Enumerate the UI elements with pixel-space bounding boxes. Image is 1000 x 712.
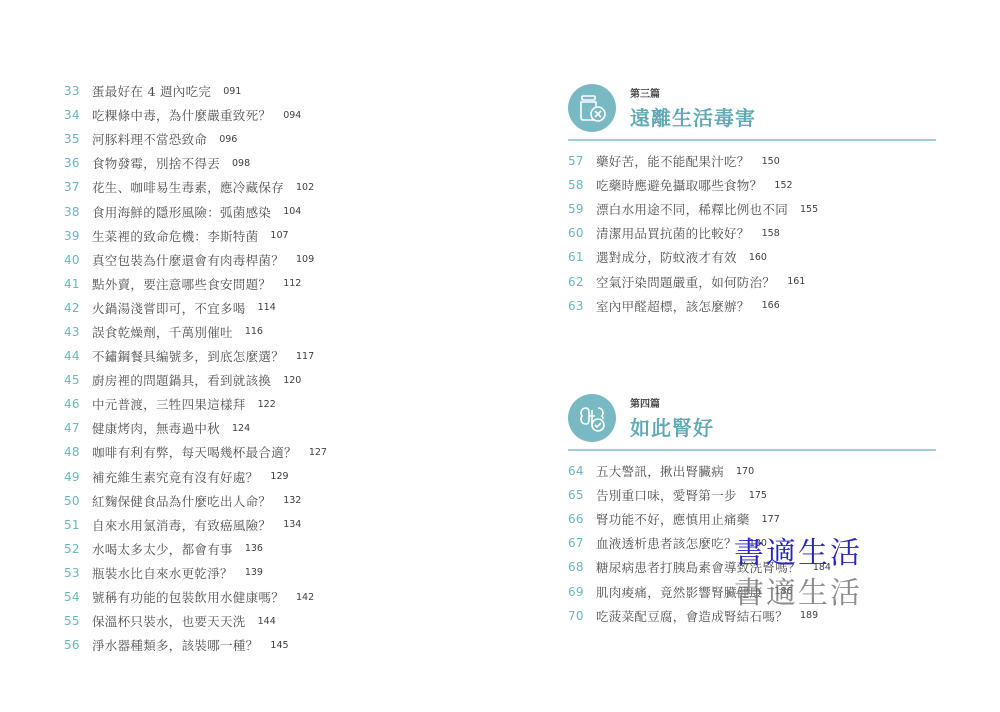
entry-number: 46 — [64, 397, 88, 411]
toc-entry: 50紅麴保健食品為什麼吃出人命？132 — [64, 489, 464, 513]
entry-number: 49 — [64, 470, 88, 484]
entry-page: 142 — [296, 592, 314, 603]
entry-number: 64 — [568, 464, 592, 478]
entry-title: 中元普渡，三牲四果這樣拜 — [92, 395, 246, 413]
entry-title: 保溫杯只裝水，也要天天洗 — [92, 612, 246, 630]
entry-title: 血液透析患者該怎麼吃？ — [596, 534, 737, 552]
entry-title: 誤食乾燥劑，千萬別催吐 — [92, 323, 233, 341]
entry-number: 34 — [64, 108, 88, 122]
entry-title: 清潔用品買抗菌的比較好？ — [596, 224, 750, 242]
toc-entry: 40真空包裝為什麼還會有肉毒桿菌？109 — [64, 248, 464, 272]
entry-number: 55 — [64, 614, 88, 628]
entry-title: 生菜裡的致命危機：李斯特菌 — [92, 227, 258, 245]
entry-page: 104 — [283, 206, 301, 217]
entry-number: 50 — [64, 494, 88, 508]
entry-page: 144 — [258, 616, 276, 627]
entry-number: 58 — [568, 178, 592, 192]
entry-title: 廚房裡的問題鍋具，看到就該換 — [92, 371, 271, 389]
entry-page: 107 — [270, 230, 288, 241]
toc-part-4: 第四篇 如此腎好 64五大警訊，揪出腎臟病17065告別重口味，愛腎第一步175… — [568, 390, 938, 628]
entry-page: 114 — [258, 302, 276, 313]
toc-entry: 66腎功能不好，應慎用止痛藥177 — [568, 507, 938, 531]
entry-page: 112 — [283, 278, 301, 289]
entry-title: 真空包裝為什麼還會有肉毒桿菌？ — [92, 251, 284, 269]
entry-title: 吃菠菜配豆腐，會造成腎結石嗎？ — [596, 607, 788, 625]
toc-list: 64五大警訊，揪出腎臟病17065告別重口味，愛腎第一步17566腎功能不好，應… — [568, 459, 938, 628]
entry-number: 57 — [568, 154, 592, 168]
entry-number: 67 — [568, 536, 592, 550]
entry-page: 175 — [749, 490, 767, 501]
toc-entry: 60清潔用品買抗菌的比較好？158 — [568, 221, 938, 245]
entry-title: 號稱有功能的包裝飲用水健康嗎？ — [92, 588, 284, 606]
entry-number: 35 — [64, 132, 88, 146]
entry-page: 186 — [774, 586, 792, 597]
toc-entry: 58吃藥時應避免攝取哪些食物？152 — [568, 173, 938, 197]
entry-number: 51 — [64, 518, 88, 532]
entry-page: 120 — [283, 375, 301, 386]
entry-page: 180 — [749, 538, 767, 549]
entry-title: 火鍋湯淺嘗即可，不宜多喝 — [92, 299, 246, 317]
entry-page: 109 — [296, 254, 314, 265]
entry-number: 56 — [64, 638, 88, 652]
entry-title: 水喝太多太少，都會有事 — [92, 540, 233, 558]
kidney-check-icon — [568, 394, 616, 442]
entry-page: 166 — [762, 300, 780, 311]
entry-title: 食用海鮮的隱形風險：弧菌感染 — [92, 203, 271, 221]
entry-title: 室內甲醛超標，該怎麼辦？ — [596, 297, 750, 315]
entry-page: 158 — [762, 228, 780, 239]
entry-page: 129 — [270, 471, 288, 482]
toc-entry: 56淨水器種類多，該裝哪一種？145 — [64, 633, 464, 657]
entry-page: 145 — [270, 640, 288, 651]
toc-entry: 42火鍋湯淺嘗即可，不宜多喝114 — [64, 296, 464, 320]
entry-page: 122 — [258, 399, 276, 410]
toc-list: 57藥好苦，能不能配果汁吃？15058吃藥時應避免攝取哪些食物？15259漂白水… — [568, 149, 938, 318]
entry-page: 177 — [762, 514, 780, 525]
entry-title: 不鏽鋼餐具編號多，到底怎麼選？ — [92, 347, 284, 365]
toc-entry: 68糖尿病患者打胰島素會導致洗腎嗎？184 — [568, 555, 938, 579]
toc-entry: 53瓶裝水比自來水更乾淨？139 — [64, 561, 464, 585]
entry-title: 河豚料理不當恐致命 — [92, 130, 207, 148]
entry-number: 59 — [568, 202, 592, 216]
toc-entry: 65告別重口味，愛腎第一步175 — [568, 483, 938, 507]
entry-title: 選對成分，防蚊液才有效 — [596, 248, 737, 266]
entry-title: 自來水用氯消毒，有致癌風險？ — [92, 516, 271, 534]
toc-entry: 43誤食乾燥劑，千萬別催吐116 — [64, 320, 464, 344]
toc-entry: 61選對成分，防蚊液才有效160 — [568, 245, 938, 269]
toc-entry: 35河豚料理不當恐致命096 — [64, 127, 464, 151]
toc-part-3: 第三篇 遠離生活毒害 57藥好苦，能不能配果汁吃？15058吃藥時應避免攝取哪些… — [568, 80, 938, 318]
entry-title: 蛋最好在 4 週內吃完 — [92, 82, 211, 100]
toc-entry: 39生菜裡的致命危機：李斯特菌107 — [64, 224, 464, 248]
toc-entry: 57藥好苦，能不能配果汁吃？150 — [568, 149, 938, 173]
entry-page: 091 — [223, 86, 241, 97]
entry-number: 60 — [568, 226, 592, 240]
toc-entry: 33蛋最好在 4 週內吃完091 — [64, 79, 464, 103]
toc-entry: 41點外賣，要注意哪些食安問題？112 — [64, 272, 464, 296]
entry-title: 吃粿條中毒，為什麼嚴重致死？ — [92, 106, 271, 124]
toc-entry: 62空氣汙染問題嚴重，如何防治？161 — [568, 269, 938, 293]
toc-entry: 55保溫杯只裝水，也要天天洗144 — [64, 609, 464, 633]
entry-number: 53 — [64, 566, 88, 580]
entry-page: 152 — [774, 180, 792, 191]
entry-number: 68 — [568, 560, 592, 574]
entry-page: 132 — [283, 495, 301, 506]
entry-page: 136 — [245, 543, 263, 554]
entry-page: 150 — [762, 156, 780, 167]
toc-entry: 52水喝太多太少，都會有事136 — [64, 537, 464, 561]
entry-page: 116 — [245, 326, 263, 337]
toc-entry: 37花生、咖啡易生毒素，應冷藏保存102 — [64, 175, 464, 199]
toc-entry: 36食物發霉，別捨不得丟098 — [64, 151, 464, 175]
jar-x-icon — [568, 84, 616, 132]
entry-page: 096 — [219, 134, 237, 145]
entry-title: 藥好苦，能不能配果汁吃？ — [596, 152, 750, 170]
entry-number: 54 — [64, 590, 88, 604]
toc-entry: 45廚房裡的問題鍋具，看到就該換120 — [64, 368, 464, 392]
entry-number: 47 — [64, 421, 88, 435]
entry-title: 糖尿病患者打胰島素會導致洗腎嗎？ — [596, 558, 801, 576]
toc-entry: 69肌肉痠痛，竟然影響腎臟健康186 — [568, 579, 938, 603]
part-title: 如此腎好 — [630, 412, 714, 441]
entry-number: 45 — [64, 373, 88, 387]
entry-title: 瓶裝水比自來水更乾淨？ — [92, 564, 233, 582]
entry-title: 淨水器種類多，該裝哪一種？ — [92, 636, 258, 654]
toc-entry: 49補充維生素究竟有沒有好處？129 — [64, 465, 464, 489]
toc-entry: 46中元普渡，三牲四果這樣拜122 — [64, 392, 464, 416]
toc-entry: 67血液透析患者該怎麼吃？180 — [568, 531, 938, 555]
entry-number: 70 — [568, 609, 592, 623]
entry-number: 38 — [64, 205, 88, 219]
entry-title: 漂白水用途不同，稀釋比例也不同 — [596, 200, 788, 218]
entry-title: 花生、咖啡易生毒素，應冷藏保存 — [92, 178, 284, 196]
entry-number: 43 — [64, 325, 88, 339]
entry-number: 36 — [64, 156, 88, 170]
entry-number: 52 — [64, 542, 88, 556]
entry-number: 37 — [64, 180, 88, 194]
toc-entry: 70吃菠菜配豆腐，會造成腎結石嗎？189 — [568, 604, 938, 628]
toc-entry: 34吃粿條中毒，為什麼嚴重致死？094 — [64, 103, 464, 127]
entry-number: 69 — [568, 585, 592, 599]
entry-title: 告別重口味，愛腎第一步 — [596, 486, 737, 504]
toc-entry: 47健康烤肉，無毒過中秋124 — [64, 416, 464, 440]
entry-page: 139 — [245, 567, 263, 578]
entry-number: 40 — [64, 253, 88, 267]
entry-title: 腎功能不好，應慎用止痛藥 — [596, 510, 750, 528]
entry-number: 65 — [568, 488, 592, 502]
entry-number: 62 — [568, 275, 592, 289]
entry-page: 117 — [296, 351, 314, 362]
entry-number: 66 — [568, 512, 592, 526]
toc-entry: 38食用海鮮的隱形風險：弧菌感染104 — [64, 199, 464, 223]
entry-number: 39 — [64, 229, 88, 243]
entry-page: 155 — [800, 204, 818, 215]
entry-number: 48 — [64, 445, 88, 459]
part-header: 第三篇 遠離生活毒害 — [568, 80, 938, 136]
divider — [568, 449, 936, 451]
entry-page: 184 — [813, 562, 831, 573]
part-title: 遠離生活毒害 — [630, 102, 756, 131]
part-header: 第四篇 如此腎好 — [568, 390, 938, 446]
toc-entry: 44不鏽鋼餐具編號多，到底怎麼選？117 — [64, 344, 464, 368]
entry-number: 44 — [64, 349, 88, 363]
toc-entry: 64五大警訊，揪出腎臟病170 — [568, 459, 938, 483]
entry-number: 33 — [64, 84, 88, 98]
entry-number: 61 — [568, 250, 592, 264]
entry-title: 肌肉痠痛，竟然影響腎臟健康 — [596, 583, 762, 601]
entry-title: 點外賣，要注意哪些食安問題？ — [92, 275, 271, 293]
toc-entry: 59漂白水用途不同，稀釋比例也不同155 — [568, 197, 938, 221]
entry-page: 127 — [309, 447, 327, 458]
entry-title: 健康烤肉，無毒過中秋 — [92, 419, 220, 437]
entry-page: 161 — [787, 276, 805, 287]
toc-left-column: 33蛋最好在 4 週內吃完09134吃粿條中毒，為什麼嚴重致死？09435河豚料… — [64, 79, 464, 657]
entry-page: 098 — [232, 158, 250, 169]
entry-page: 124 — [232, 423, 250, 434]
entry-title: 食物發霉，別捨不得丟 — [92, 154, 220, 172]
entry-title: 補充維生素究竟有沒有好處？ — [92, 468, 258, 486]
entry-page: 094 — [283, 110, 301, 121]
entry-page: 170 — [736, 466, 754, 477]
toc-entry: 63室內甲醛超標，該怎麼辦？166 — [568, 294, 938, 318]
entry-page: 134 — [283, 519, 301, 530]
entry-title: 五大警訊，揪出腎臟病 — [596, 462, 724, 480]
toc-entry: 48咖啡有利有弊，每天喝幾杯最合適？127 — [64, 440, 464, 464]
entry-title: 咖啡有利有弊，每天喝幾杯最合適？ — [92, 443, 297, 461]
entry-title: 空氣汙染問題嚴重，如何防治？ — [596, 273, 775, 291]
part-label: 第四篇 — [630, 395, 714, 410]
entry-number: 42 — [64, 301, 88, 315]
part-label: 第三篇 — [630, 85, 756, 100]
entry-number: 63 — [568, 299, 592, 313]
entry-page: 189 — [800, 610, 818, 621]
entry-page: 102 — [296, 182, 314, 193]
entry-page: 160 — [749, 252, 767, 263]
toc-entry: 54號稱有功能的包裝飲用水健康嗎？142 — [64, 585, 464, 609]
entry-title: 紅麴保健食品為什麼吃出人命？ — [92, 492, 271, 510]
toc-entry: 51自來水用氯消毒，有致癌風險？134 — [64, 513, 464, 537]
divider — [568, 139, 936, 141]
entry-title: 吃藥時應避免攝取哪些食物？ — [596, 176, 762, 194]
entry-number: 41 — [64, 277, 88, 291]
